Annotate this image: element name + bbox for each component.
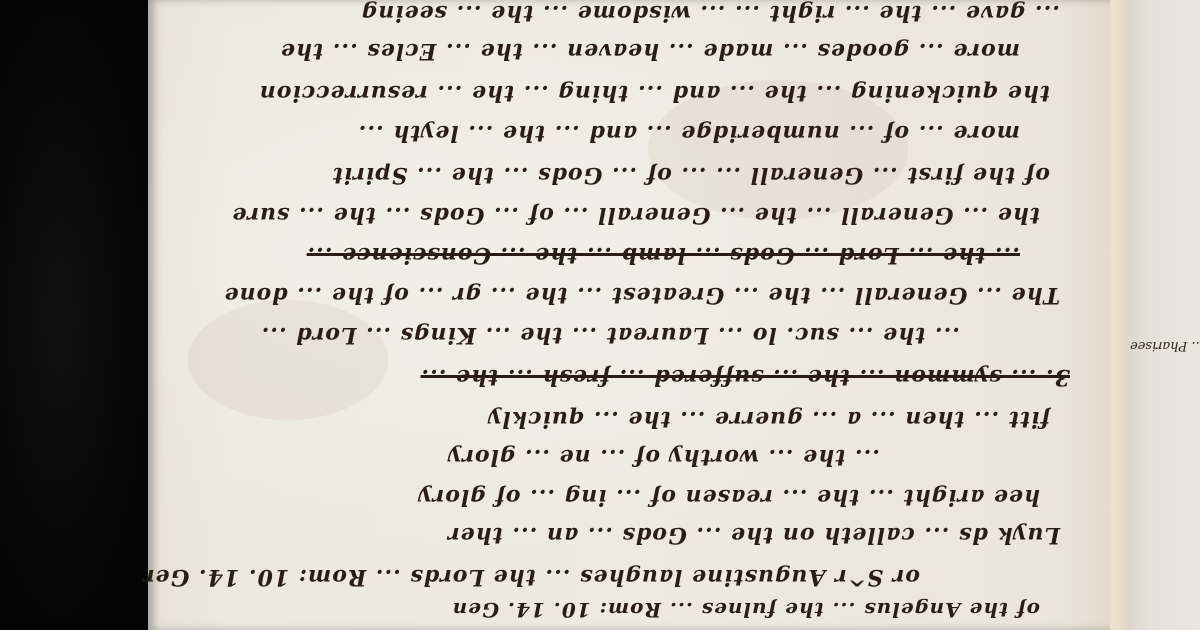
manuscript-line: more ... of ... numberidge ... and ... t… — [358, 120, 1020, 146]
manuscript-line: ... gave ... the ... right ... ... wisdo… — [361, 0, 1060, 26]
margin-note: ... the ... Pharisee — [1130, 338, 1200, 353]
manuscript-line: more ... goodes ... made ... heaven ... … — [280, 38, 1020, 64]
manuscript-line: Luyk ds ... calleth on the ... Gods ... … — [447, 522, 1060, 548]
manuscript-line: The ... Generall ... the ... Greatest ..… — [224, 282, 1060, 308]
handwritten-text: of the Angelus ... the fulnes ... Rom: 1… — [160, 0, 1080, 630]
manuscript-line: 3. ... symmon ... the ... suffered ... f… — [421, 364, 1071, 390]
adjacent-page — [1128, 0, 1200, 630]
manuscript-line: the ... Generall ... the ... Generall ..… — [231, 202, 1040, 228]
manuscript-line: ... the ... Lord ... Gods ... lamb ... t… — [307, 242, 1020, 268]
manuscript-line: ... the ... suc. lo ... Laureat ... the … — [261, 322, 960, 348]
manuscript-line: ... the ... worthy of ... ne ... glory — [448, 444, 880, 470]
manuscript-line: fitt ... then ... a ... guerre ... the .… — [488, 406, 1050, 432]
manuscript-line: of the first ... Generall ... ... of ...… — [332, 162, 1050, 188]
manuscript-line: or S^r Augustine laughes ... the Lords .… — [142, 564, 920, 590]
manuscript-line: of the Angelus ... the fulnes ... Rom: 1… — [452, 598, 1040, 622]
manuscript-line: the quickening ... the ... and ... thing… — [259, 80, 1050, 106]
black-background — [0, 0, 150, 630]
manuscript-line: hee aright ... the ... reasen of ... ing… — [418, 484, 1040, 510]
